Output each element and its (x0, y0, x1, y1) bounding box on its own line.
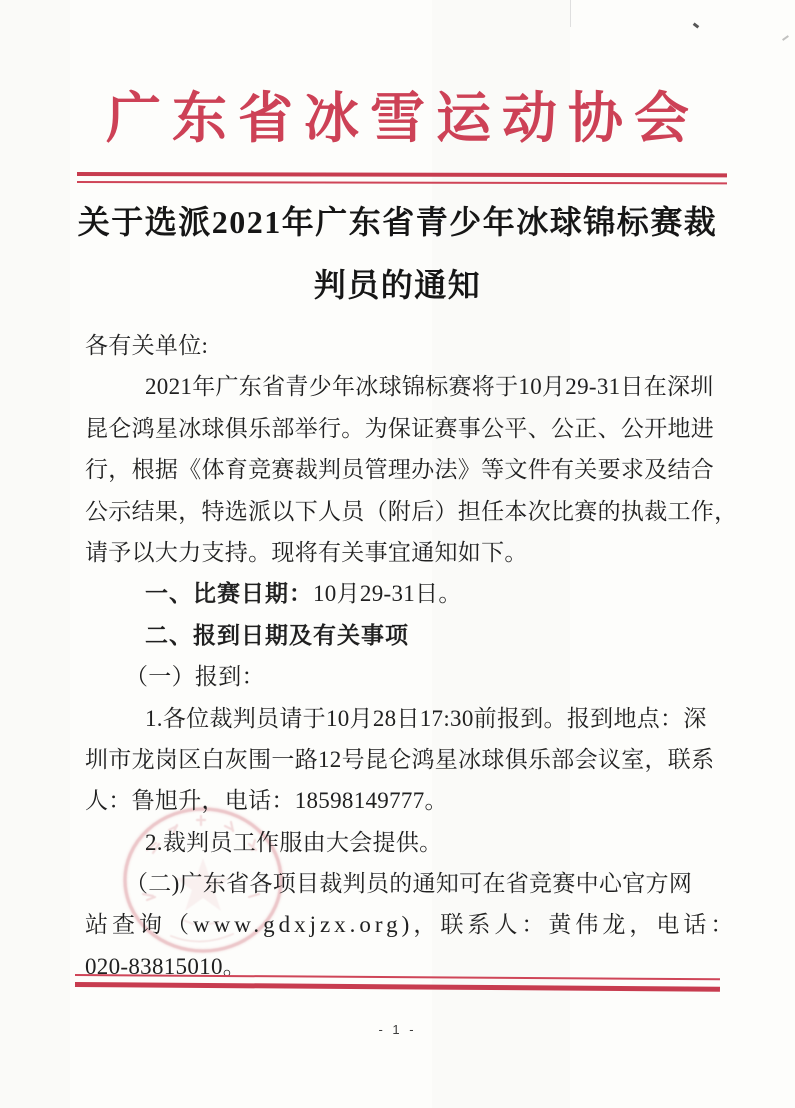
scan-band-artifact (0, 0, 70, 1108)
body-line: 2.裁判员工作服由大会提供。 (85, 822, 725, 863)
body-line: 1.各位裁判员请于10月28日17:30前报到。报到地点：深 (85, 698, 725, 739)
page-number: - 1 - (0, 1022, 795, 1037)
body-line: 圳市龙岗区白灰围一路12号昆仑鸿星冰球俱乐部会议室，联系 (85, 739, 725, 780)
body-line: 行，根据《体育竞赛裁判员管理办法》等文件有关要求及结合 (85, 449, 725, 490)
body-line: 请予以大力支持。现将有关事宜通知如下。 (85, 532, 725, 573)
scanned-notice-page: 广东省冰雪运动协会 关于选派2021年广东省青少年冰球锦标赛裁 判员的通知 各有… (0, 0, 795, 1108)
body-line: 人：鲁旭升，电话：18598149777。 (85, 780, 725, 821)
body-line: 2021年广东省青少年冰球锦标赛将于10月29-31日在深圳 (85, 366, 725, 407)
body-line: （二)广东省各项目裁判员的通知可在省竞赛中心官方网 (85, 863, 725, 904)
scan-speck-artifact (782, 35, 789, 41)
body-line-sub1: （一）报到： (85, 656, 725, 697)
body-line-salutation: 各有关单位: (85, 325, 725, 366)
notice-body: 各有关单位: 2021年广东省青少年冰球锦标赛将于10月29-31日在深圳 昆仑… (85, 325, 725, 987)
body-line: 020-83815010。 (85, 946, 725, 987)
scan-speck-artifact (693, 22, 700, 28)
document-title-line1: 关于选派2021年广东省青少年冰球锦标赛裁 (0, 197, 795, 243)
body-line-item2: 二、报到日期及有关事项 (85, 615, 725, 656)
item1-label: 一、比赛日期： (145, 580, 313, 606)
body-line: 公示结果，特选派以下人员（附后）担任本次比赛的执裁工作， (85, 491, 725, 532)
header-rule-thick (77, 172, 727, 177)
org-name: 广东省冰雪运动协会 (0, 86, 795, 152)
body-line-item1: 一、比赛日期：10月29-31日。 (85, 573, 725, 614)
item1-text: 10月29-31日。 (313, 581, 462, 606)
document-title-line2: 判员的通知 (0, 260, 795, 306)
body-line: 站查询（www.gdxjzx.org)，联系人：黄伟龙，电话： (85, 904, 725, 945)
body-line: 昆仑鸿星冰球俱乐部举行。为保证赛事公平、公正、公开地进 (85, 408, 725, 449)
header-rule-thin (77, 181, 727, 184)
scan-line-artifact (570, 0, 571, 27)
